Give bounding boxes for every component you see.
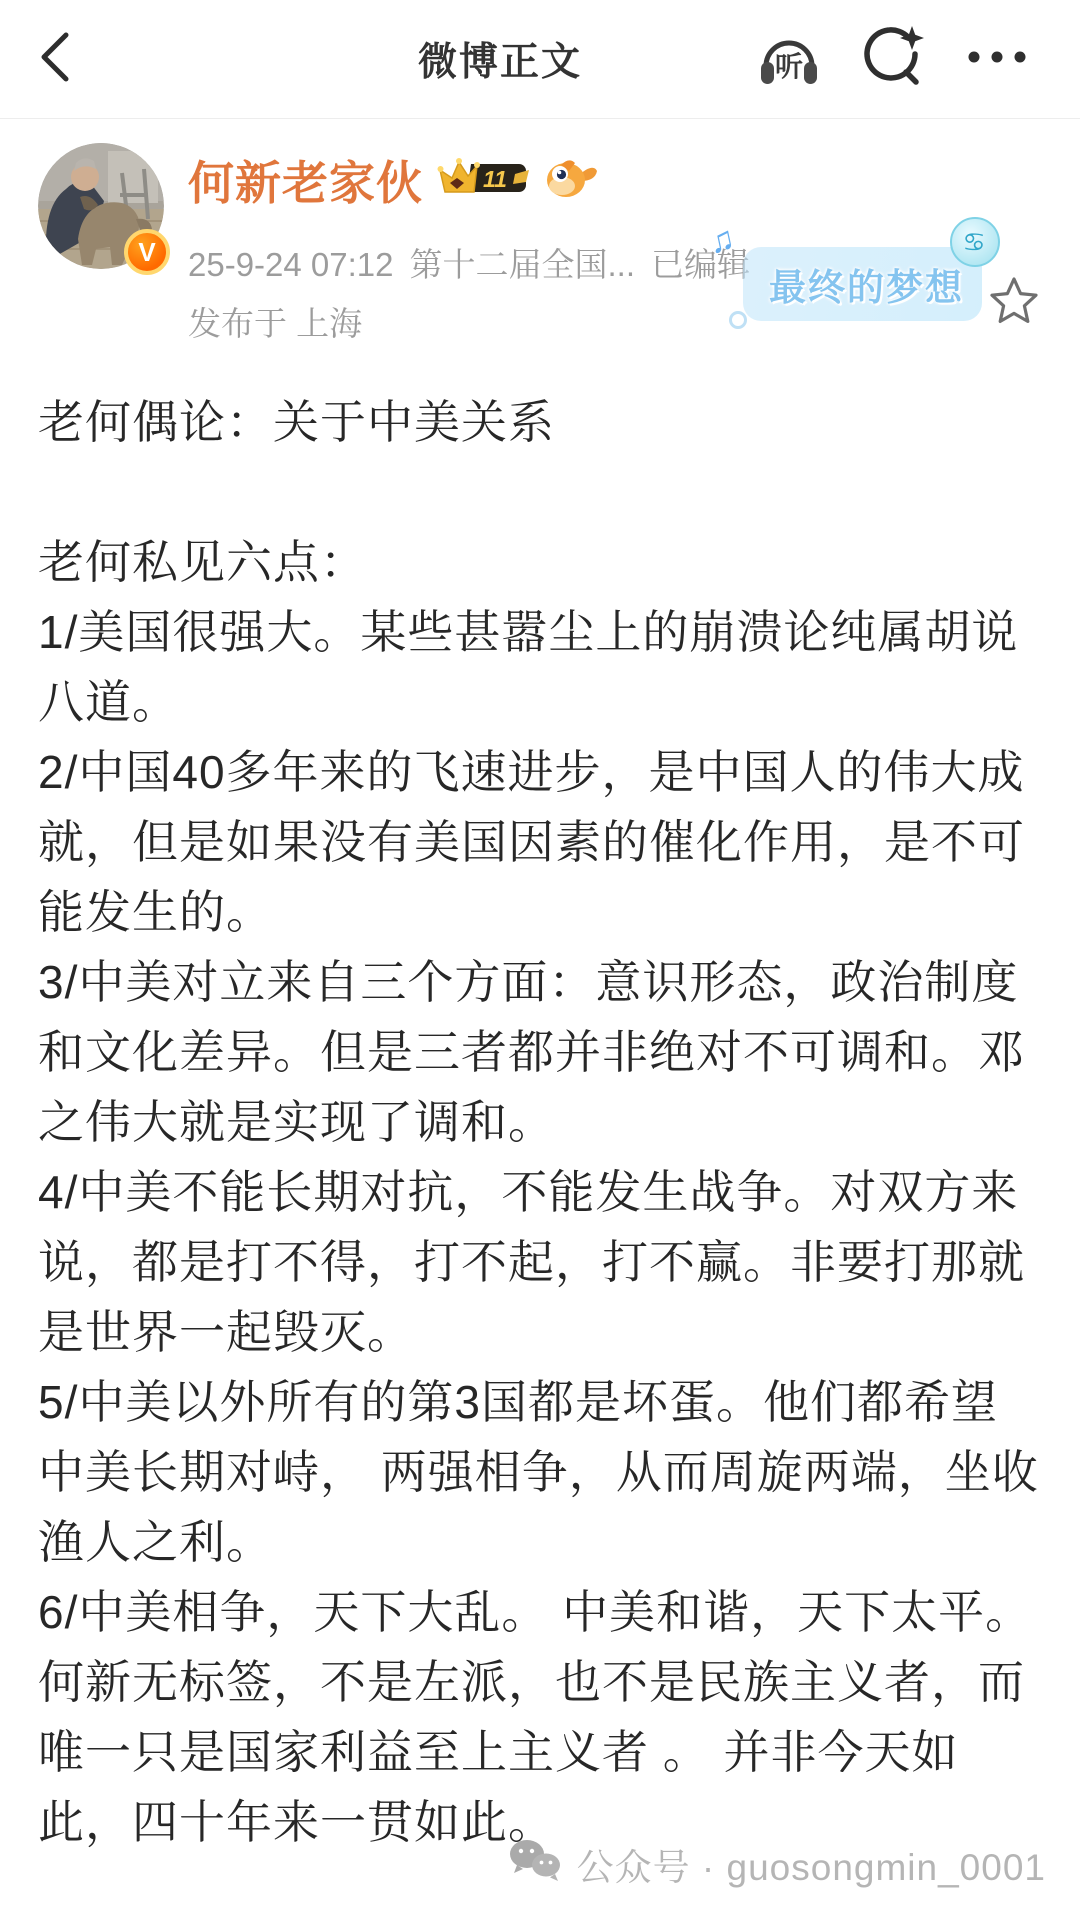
weibo-post-detail-page: 微博正文 听 — [0, 0, 1080, 1905]
post-paragraph: 2/中国40多年来的飞速进步，是中国人的伟大成就，但是如果没有美国因素的催化作用… — [38, 737, 1042, 947]
svg-text:听: 听 — [775, 51, 803, 82]
back-chevron-icon — [36, 29, 76, 90]
post-paragraph: 1/美国很强大。某些甚嚣尘上的崩溃论纯属胡说八道。 — [38, 597, 1042, 737]
top-nav-bar: 微博正文 听 — [0, 0, 1080, 119]
vip-crown-level-badge[interactable]: 11 — [437, 154, 531, 207]
listen-button[interactable]: 听 — [756, 26, 822, 92]
decor-dot — [729, 311, 747, 329]
post-time: 25-9-24 07:12 — [188, 246, 394, 284]
zodiac-emblem-icon: ♋ — [950, 217, 1000, 267]
verified-v-badge: V — [124, 229, 170, 275]
svg-text:11: 11 — [483, 166, 507, 192]
ai-search-sparkle-icon — [860, 24, 926, 95]
watermark-text: 公众号 · guosongmin_0001 — [577, 1837, 1046, 1891]
favorite-star-button[interactable] — [988, 275, 1040, 327]
post-paragraph: 老何私见六点： — [38, 527, 1042, 597]
back-button[interactable] — [30, 29, 82, 89]
koi-fish-medal-icon[interactable] — [545, 153, 599, 208]
post-paragraph: 3/中美对立来自三个方面：意识形态，政治制度和文化差异。但是三者都并非绝对不可调… — [38, 947, 1042, 1157]
post-paragraph: 何新无标签，不是左派，也不是民族主义者，而唯一只是国家利益至上主义者 。 并非今… — [38, 1647, 1042, 1857]
post-paragraph: 6/中美相争，天下大乱。 中美和谐，天下太平。 — [38, 1577, 1042, 1647]
headphones-listen-icon: 听 — [756, 24, 822, 95]
wechat-watermark: 公众号 · guosongmin_0001 — [507, 1837, 1046, 1891]
nav-actions: 听 — [756, 26, 1030, 92]
post-paragraph: 4/中美不能长期对抗，不能发生战争。对双方来说，都是打不得，打不起，打不赢。非要… — [38, 1157, 1042, 1367]
post-body: 老何偶论：关于中美关系 老何私见六点： 1/美国很强大。某些甚嚣尘上的崩溃论纯属… — [0, 387, 1080, 1857]
author-avatar[interactable]: V — [38, 143, 164, 269]
dream-badge-text: 最终的梦想 — [769, 267, 964, 308]
wechat-icon — [507, 1838, 563, 1891]
ai-search-button[interactable] — [860, 26, 926, 92]
post-paragraph: 5/中美以外所有的第3国都是坏蛋。他们都希望中美长期对峙， 两强相争，从而周旋两… — [38, 1367, 1042, 1577]
dream-decor-badge: ♫ 最终的梦想 ♋ — [743, 247, 982, 321]
post-source-link[interactable]: 第十二届全国... — [410, 239, 636, 286]
post-paragraph: 老何偶论：关于中美关系 — [38, 387, 1042, 457]
more-dots-icon — [964, 24, 1030, 95]
author-info: 何新老家伙 11 — [188, 143, 750, 345]
post-location: 发布于 上海 — [188, 298, 750, 345]
post-header: V 何新老家伙 11 — [0, 119, 1080, 345]
author-name[interactable]: 何新老家伙 — [188, 147, 423, 213]
more-button[interactable] — [964, 26, 1030, 92]
page-title: 微博正文 — [418, 31, 582, 87]
